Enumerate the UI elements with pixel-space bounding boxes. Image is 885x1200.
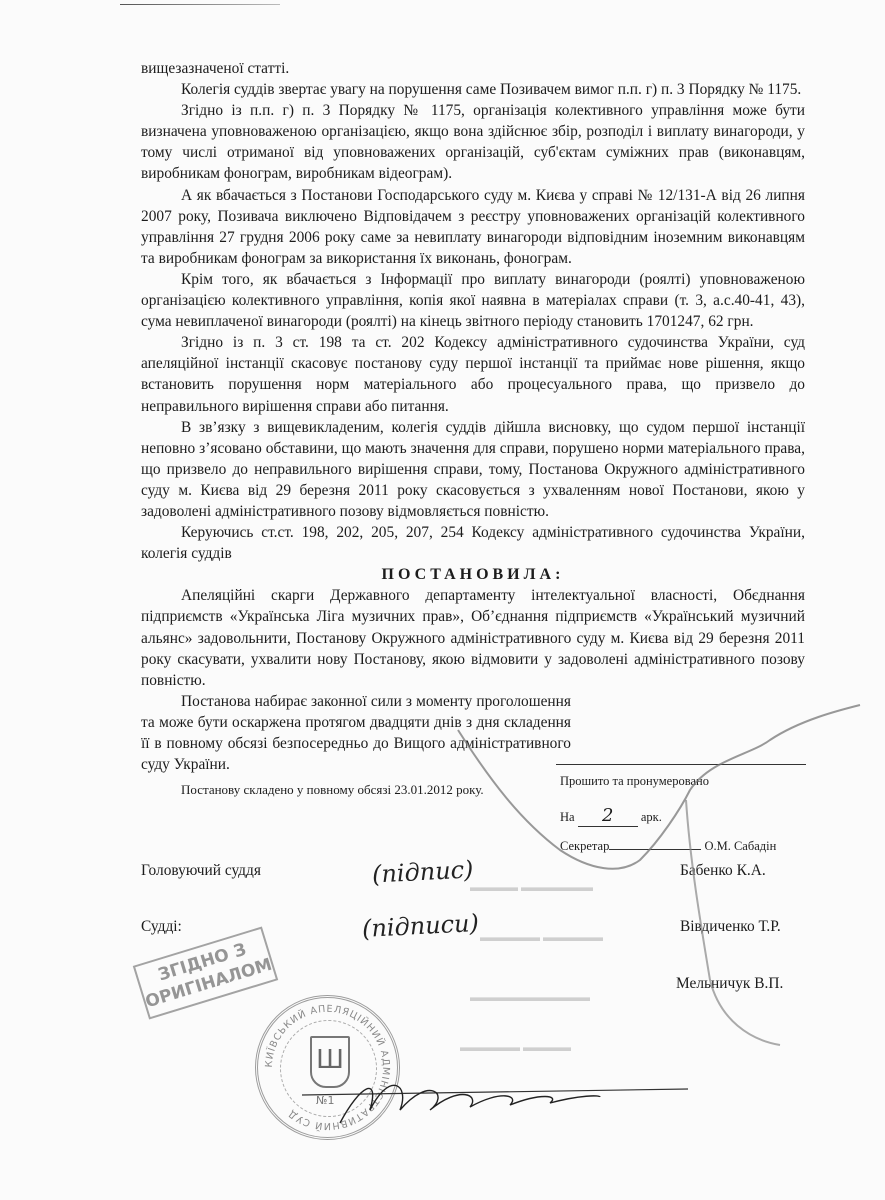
document-page: вищезазначеної статті. Колегія суддів зв… [0, 0, 885, 1200]
paragraph: Крім того, як вбачається з Інформації пр… [141, 269, 805, 332]
bleed-through-text: ▬▬▬▬▬ ▬▬▬▬ [460, 1040, 571, 1055]
seal-signature-scribble [300, 1065, 690, 1135]
paragraph: Згідно із п. 3 ст. 198 та ст. 202 Кодекс… [141, 332, 805, 416]
paragraph: Згідно із п.п. г) п. 3 Порядку № 1175, о… [141, 100, 805, 184]
bleed-through-text: ▬▬▬▬▬▬▬▬▬▬ [470, 990, 590, 1005]
resolution-heading: ПОСТАНОВИЛА: [141, 564, 805, 585]
judges-label: Судді: [141, 918, 182, 936]
top-edge-line [120, 4, 280, 5]
certified-copy-stamp: ЗГІДНО З ОРИГІНАЛОМ [133, 926, 278, 1019]
document-body: вищезазначеної статті. Колегія суддів зв… [141, 58, 805, 800]
bleed-through-text: ▬▬▬▬▬ ▬▬▬▬▬ [480, 930, 603, 945]
presiding-judge-label: Головуючий суддя [141, 862, 261, 880]
paragraph: вищезазначеної статті. [141, 58, 805, 79]
bleed-through-text: ▬▬▬▬ ▬▬▬▬▬▬ [470, 880, 593, 895]
resolution-paragraph: Апеляційні скарги Державного департамент… [141, 585, 805, 690]
paragraph: Колегія суддів звертає увагу на порушенн… [141, 79, 805, 100]
paragraph: А як вбачається з Постанови Господарсько… [141, 185, 805, 269]
paragraph: В зв’язку з вищевикладеним, колегія судд… [141, 417, 805, 522]
paragraph: Керуючись ст.ст. 198, 202, 205, 207, 254… [141, 522, 805, 564]
